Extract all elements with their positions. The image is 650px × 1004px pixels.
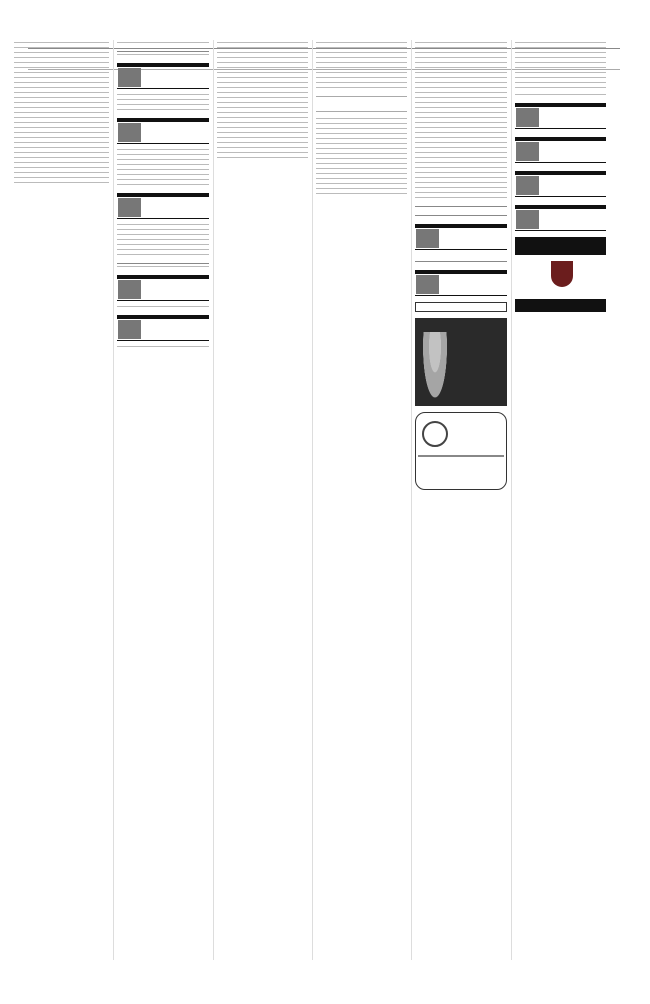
section-header-19 bbox=[117, 118, 208, 144]
city-header-palencia bbox=[117, 43, 208, 52]
empleo-publico-ad bbox=[515, 237, 606, 312]
section-number bbox=[516, 108, 539, 127]
section-number bbox=[118, 198, 141, 217]
classified-ad bbox=[316, 83, 407, 88]
esperanza-slogan bbox=[418, 455, 503, 457]
section-header-41 bbox=[515, 103, 606, 129]
classified-ad bbox=[117, 344, 208, 347]
column-2 bbox=[113, 40, 208, 960]
classified-ad bbox=[515, 83, 606, 88]
classified-ad bbox=[316, 189, 407, 194]
aula-magna-logo bbox=[515, 255, 606, 299]
city-header-segovia bbox=[415, 207, 506, 216]
section-header-43 bbox=[515, 171, 606, 197]
classified-ad bbox=[117, 105, 208, 110]
classified-ad bbox=[217, 153, 308, 158]
woman-photo-icon bbox=[421, 332, 449, 406]
classified-ad bbox=[14, 178, 109, 183]
section-number bbox=[516, 142, 539, 161]
city-header-palencia bbox=[117, 255, 208, 264]
city-header-palencia bbox=[415, 253, 506, 262]
empleo-title-2 bbox=[515, 243, 606, 249]
section-number bbox=[118, 280, 141, 299]
city-header-palencia bbox=[415, 198, 506, 207]
telefono-esperanza-ad bbox=[415, 412, 506, 490]
column-1 bbox=[14, 40, 109, 960]
column-6 bbox=[511, 40, 606, 960]
column-3 bbox=[213, 40, 308, 960]
section-number bbox=[416, 275, 439, 294]
classified-ad bbox=[117, 180, 208, 185]
section-number bbox=[118, 123, 141, 142]
section-header-34 bbox=[415, 270, 506, 296]
column-5 bbox=[411, 40, 506, 960]
section-number bbox=[118, 68, 141, 87]
section-number bbox=[516, 176, 539, 195]
shield-icon bbox=[551, 261, 573, 287]
section-number bbox=[118, 320, 141, 339]
column-4 bbox=[312, 40, 407, 960]
columns bbox=[14, 40, 606, 960]
section-header-44 bbox=[515, 205, 606, 231]
section-header-42 bbox=[515, 137, 606, 163]
section-header-31 bbox=[117, 275, 208, 301]
telephone-icon bbox=[422, 421, 448, 447]
el-limite-ad bbox=[415, 318, 506, 406]
section-number bbox=[516, 210, 539, 229]
classified-ad bbox=[117, 52, 208, 55]
section-number bbox=[416, 229, 439, 248]
guia-de-trabajo-header bbox=[316, 96, 407, 112]
section-header-18 bbox=[117, 63, 208, 89]
section-header-33 bbox=[415, 224, 506, 250]
classified-ad bbox=[117, 304, 208, 307]
classified-ad bbox=[117, 264, 208, 267]
section-header-20 bbox=[117, 193, 208, 219]
section-header-32 bbox=[117, 315, 208, 341]
necesitamos-comerciales-ad bbox=[415, 302, 506, 312]
empleo-list bbox=[515, 299, 606, 303]
